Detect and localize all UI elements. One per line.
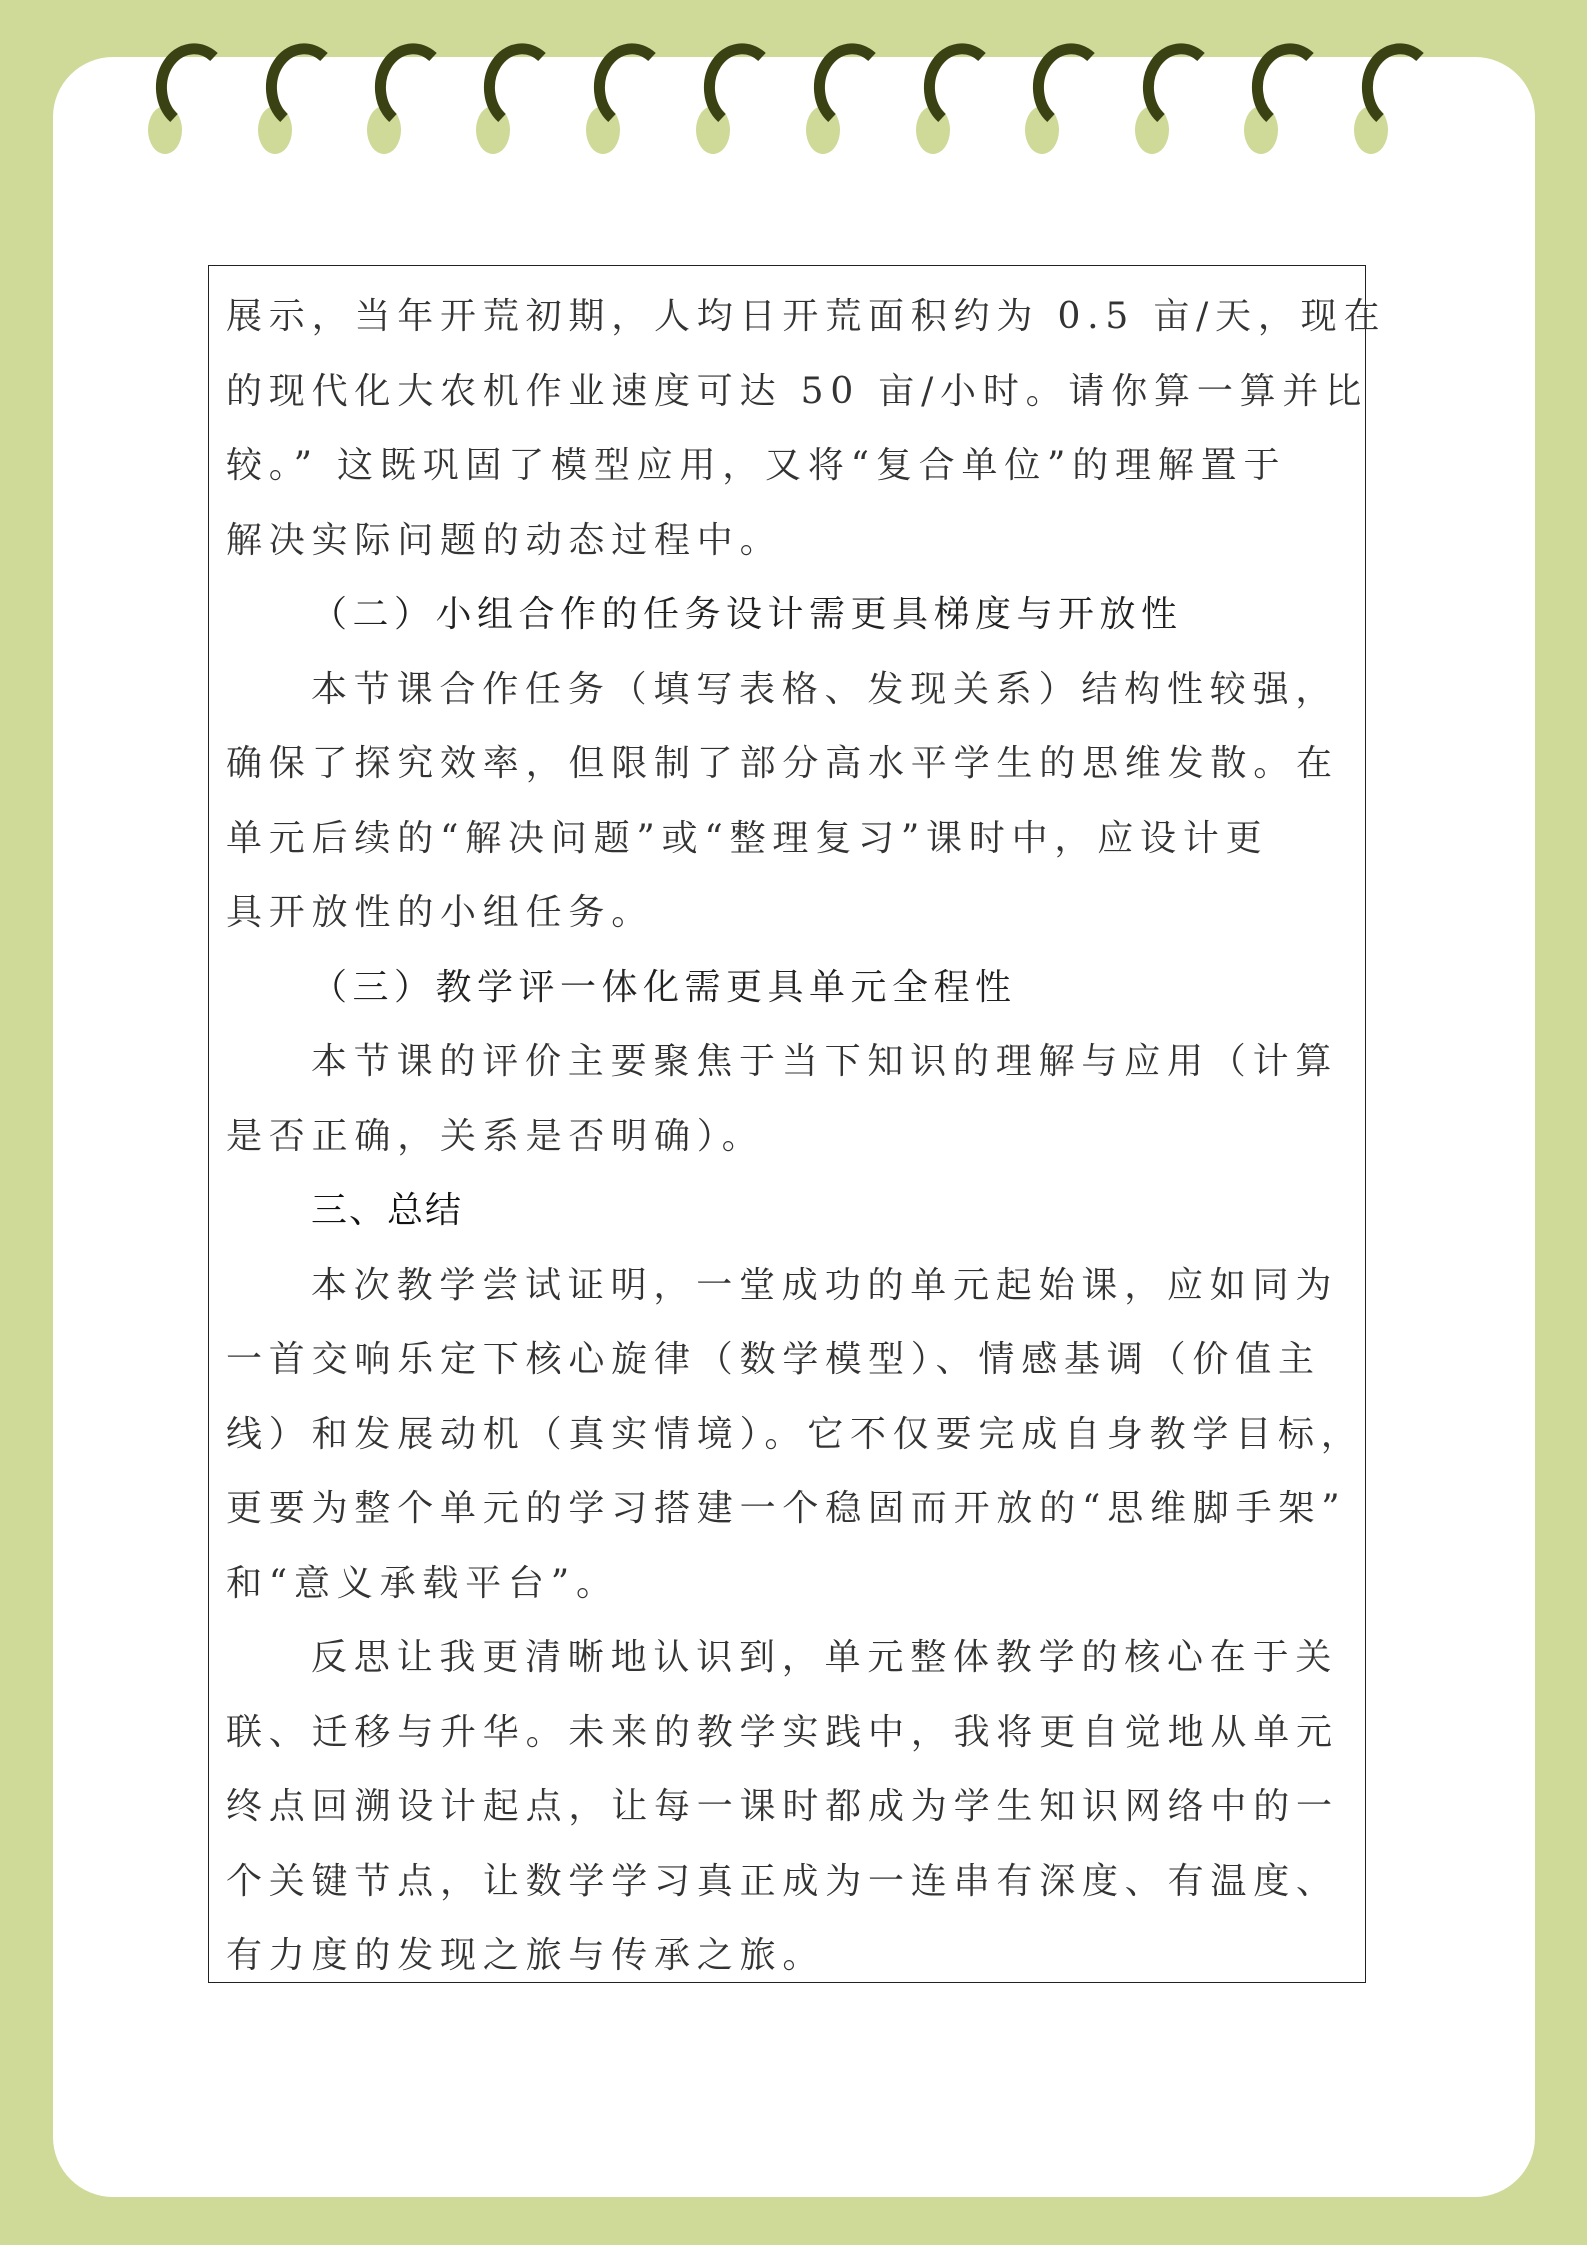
paragraph-line: 一首交响乐定下核心旋律（数学模型）、情感基调（价值主 bbox=[226, 1323, 1349, 1398]
paragraph-line: 单元后续的“解决问题”或“整理复习”课时中，应设计更 bbox=[226, 802, 1349, 877]
paragraph-line: 更要为整个单元的学习搭建一个稳固而开放的“思维脚手架” bbox=[226, 1472, 1349, 1547]
paragraph-line: 反思让我更清晰地认识到，单元整体教学的核心在于关 bbox=[226, 1621, 1349, 1696]
section-subheading: （三）教学评一体化需更具单元全程性 bbox=[226, 951, 1349, 1026]
paragraph-line: 线）和发展动机（真实情境）。它不仅要完成自身教学目标， bbox=[226, 1398, 1349, 1473]
paragraph-line: 联、迁移与升华。未来的教学实践中，我将更自觉地从单元 bbox=[226, 1696, 1349, 1771]
paragraph-line: 展示，当年开荒初期，人均日开荒面积约为 0.5 亩/天，现在 bbox=[226, 280, 1349, 355]
section-heading: 三、总结 bbox=[226, 1174, 1349, 1249]
section-subheading: （二）小组合作的任务设计需更具梯度与开放性 bbox=[226, 578, 1349, 653]
paragraph-line: 有力度的发现之旅与传承之旅。 bbox=[226, 1919, 1349, 1994]
paragraph-line: 确保了探究效率，但限制了部分高水平学生的思维发散。在 bbox=[226, 727, 1349, 802]
paragraph-line: 具开放性的小组任务。 bbox=[226, 876, 1349, 951]
paragraph-line: 解决实际问题的动态过程中。 bbox=[226, 504, 1349, 579]
paragraph-line: 个关键节点，让数学学习真正成为一连串有深度、有温度、 bbox=[226, 1845, 1349, 1920]
paragraph-line: 是否正确，关系是否明确）。 bbox=[226, 1100, 1349, 1175]
paragraph-line: 本次教学尝试证明，一堂成功的单元起始课，应如同为 bbox=[226, 1249, 1349, 1324]
paragraph-line: 本节课的评价主要聚焦于当下知识的理解与应用（计算 bbox=[226, 1025, 1349, 1100]
document-text-box: 展示，当年开荒初期，人均日开荒面积约为 0.5 亩/天，现在 的现代化大农机作业… bbox=[208, 265, 1366, 1983]
paragraph-line: 和“意义承载平台”。 bbox=[226, 1547, 1349, 1622]
paragraph-line: 本节课合作任务（填写表格、发现关系）结构性较强， bbox=[226, 653, 1349, 728]
paragraph-line: 的现代化大农机作业速度可达 50 亩/小时。请你算一算并比 bbox=[226, 355, 1349, 430]
paragraph-line: 终点回溯设计起点，让每一课时都成为学生知识网络中的一 bbox=[226, 1770, 1349, 1845]
paragraph-line: 较。” 这既巩固了模型应用，又将“复合单位”的理解置于 bbox=[226, 429, 1349, 504]
